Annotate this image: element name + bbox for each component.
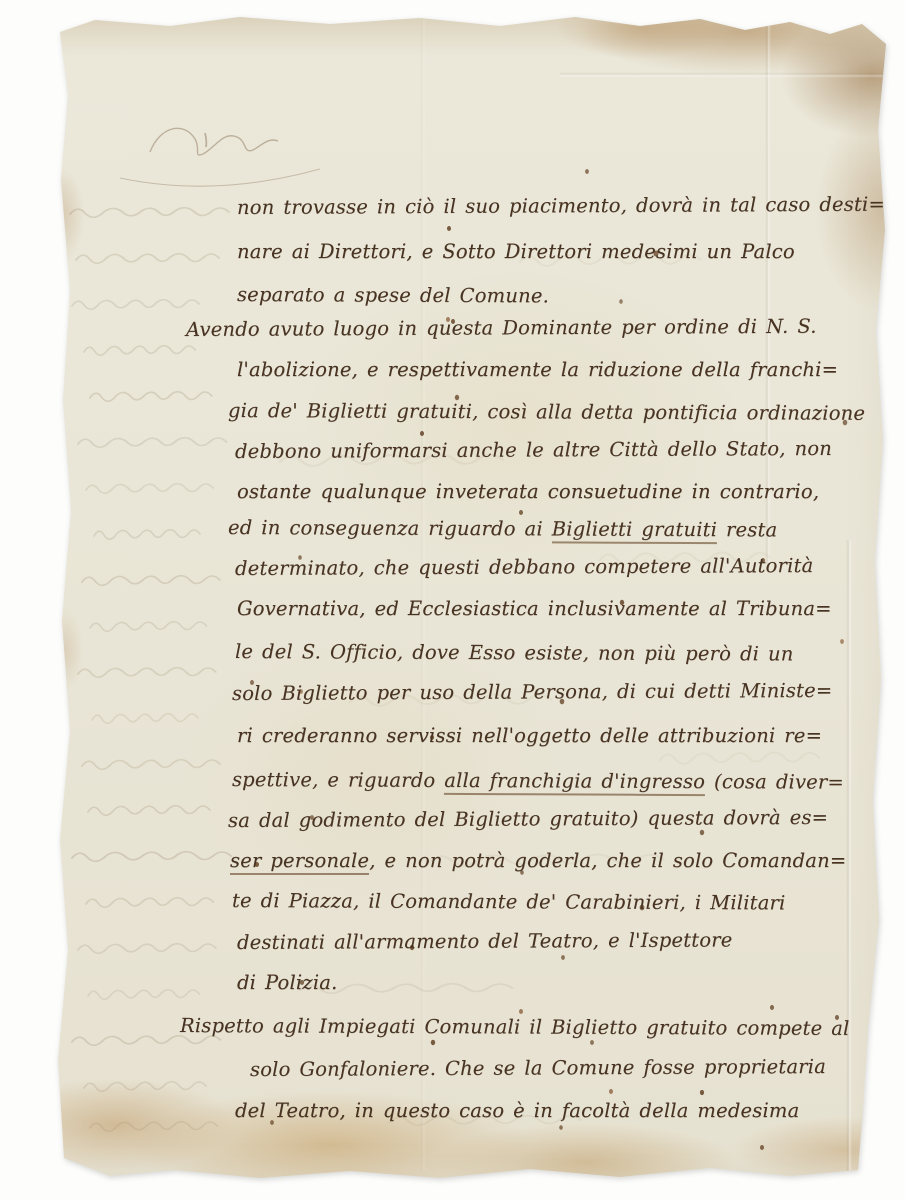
manuscript-line: solo Biglietto per uso della Persona, di… <box>232 679 833 705</box>
underlined-phrase: ser personale <box>230 849 369 875</box>
manuscript-line: Governativa, ed Ecclesiastica inclusivam… <box>237 597 832 620</box>
manuscript-line: debbono uniformarsi anche le altre Città… <box>235 437 832 463</box>
photograph-of-manuscript: non trovasse in ciò il suo piacimento, d… <box>0 0 905 1200</box>
manuscript-paper-sheet: non trovasse in ciò il suo piacimento, d… <box>0 0 905 1200</box>
line-text: resta <box>717 518 777 541</box>
manuscript-line: del Teatro, in questo caso è in facoltà … <box>235 1099 799 1122</box>
manuscript-line: di Polizia. <box>237 971 338 994</box>
manuscript-line: Avendo avuto luogo in questa Dominante p… <box>186 315 817 341</box>
line-text: (cosa diver= <box>705 770 844 794</box>
manuscript-line: gia de' Biglietti gratuiti, così alla de… <box>228 399 865 425</box>
manuscript-line: te di Piazza, il Comandante de' Carabini… <box>232 889 786 914</box>
manuscript-line: sa dal godimento del Biglietto gratuito)… <box>228 806 828 832</box>
manuscript-line: Rispetto agli Impiegati Comunali il Bigl… <box>180 1014 850 1040</box>
manuscript-line: non trovasse in ciò il suo piacimento, d… <box>237 193 885 219</box>
manuscript-line: ri crederanno servissi nell'oggetto dell… <box>237 724 822 747</box>
manuscript-line: destinati all'armamento del Teatro, e l'… <box>237 928 733 954</box>
manuscript-line: ostante qualunque inveterata consuetudin… <box>237 480 819 503</box>
manuscript-line: solo Gonfaloniere. Che se la Comune foss… <box>250 1055 826 1081</box>
manuscript-line: determinato, che questi debbano competer… <box>235 554 814 580</box>
manuscript-line: ser personale, e non potrà goderla, che … <box>230 849 846 872</box>
paper-wrap: non trovasse in ciò il suo piacimento, d… <box>0 0 905 1200</box>
manuscript-line: separato a spese del Comune. <box>237 283 549 307</box>
manuscript-line: l'abolizione, e respettivamente la riduz… <box>237 358 838 381</box>
handwritten-text-block: non trovasse in ciò il suo piacimento, d… <box>0 0 905 1200</box>
manuscript-line: spettive, e riguardo alla franchigia d'i… <box>232 768 844 794</box>
underlined-phrase: alla franchigia d'ingresso <box>444 769 705 796</box>
underlined-phrase: Biglietti gratuiti <box>552 517 718 544</box>
manuscript-line: nare ai Direttori, e Sotto Direttori med… <box>237 240 795 263</box>
manuscript-line: le del S. Officio, dove Esso esiste, non… <box>235 640 794 665</box>
rust-foxing-specks <box>0 0 2 3</box>
line-text: ed in conseguenza riguardo ai <box>228 516 552 540</box>
line-text: spettive, e riguardo <box>232 768 444 792</box>
line-text: , e non potrà goderla, che il solo Coman… <box>369 849 846 872</box>
manuscript-line: ed in conseguenza riguardo ai Biglietti … <box>228 516 777 541</box>
ink-foxing-specks <box>0 0 2 3</box>
